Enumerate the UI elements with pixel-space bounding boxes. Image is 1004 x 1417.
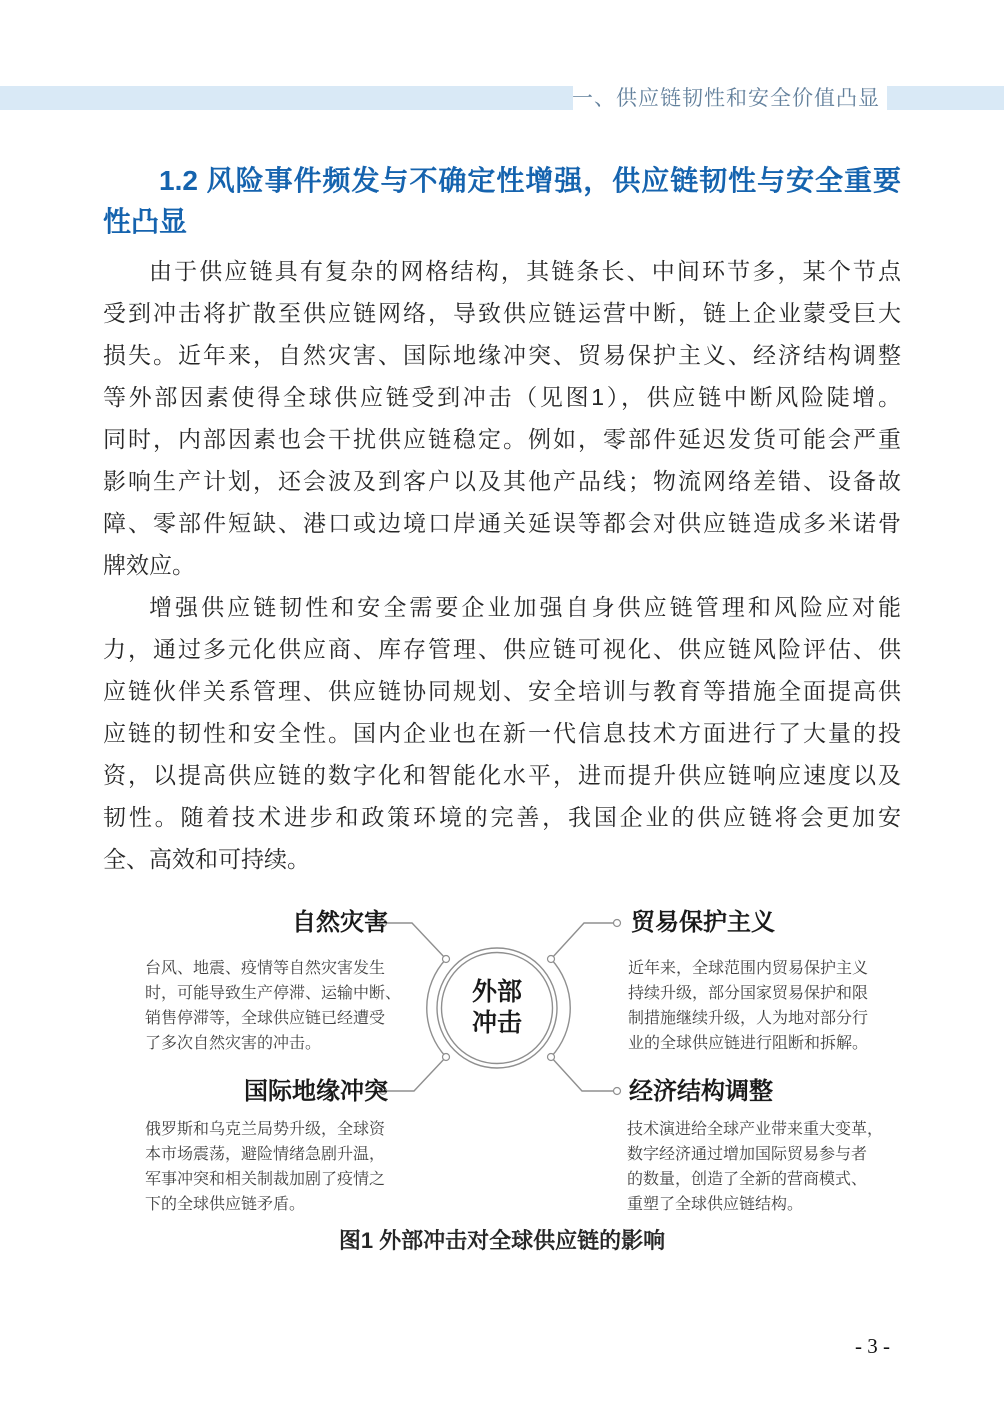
page-number: - 3 - (855, 1334, 890, 1359)
body-paragraph-2: 增强供应链韧性和安全需要企业加强自身供应链管理和风险应对能力，通过多元化供应商、… (103, 586, 901, 880)
branch-desc-economic-restructuring: 技术演进给全球产业带来重大变革，数字经济通过增加国际贸易参与者的数量，创造了全新… (627, 1117, 885, 1217)
header-bar-right (887, 86, 1004, 110)
branch-title-natural-disaster: 自然灾害 (145, 909, 388, 937)
figure-diagram: 外部 冲击 自然灾害 台风、地震、疫情等自然灾害发生时，可能导致生产停滞、运输中… (0, 885, 1004, 1230)
branch-desc-natural-disaster: 台风、地震、疫情等自然灾害发生时，可能导致生产停滞、运输中断、销售停滞等，全球供… (145, 956, 409, 1056)
body-paragraph-1: 由于供应链具有复杂的网格结构，其链条长、中间环节多，某个节点受到冲击将扩散至供应… (103, 250, 901, 586)
running-header-title: 一、供应链韧性和安全价值凸显 (572, 86, 880, 110)
branch-title-economic-restructuring: 经济结构调整 (629, 1078, 773, 1106)
center-node-line2: 冲击 (427, 1008, 567, 1039)
figure-caption: 图1 外部冲击对全球供应链的影响 (0, 1224, 1004, 1255)
section-heading: 1.2 风险事件频发与不确定性增强，供应链韧性与安全重要性凸显 (103, 160, 901, 242)
branch-desc-geopolitical-conflict: 俄罗斯和乌克兰局势升级，全球资本市场震荡，避险情绪急剧升温，军事冲突和相关制裁加… (145, 1117, 409, 1217)
branch-desc-trade-protectionism: 近年来，全球范围内贸易保护主义持续升级，部分国家贸易保护和限制措施继续升级，人为… (628, 956, 880, 1056)
center-node-label: 外部 冲击 (427, 977, 567, 1039)
branch-title-trade-protectionism: 贸易保护主义 (631, 909, 775, 937)
branch-title-geopolitical-conflict: 国际地缘冲突 (145, 1078, 388, 1106)
center-node-line1: 外部 (427, 977, 567, 1008)
header-bar-left (0, 86, 573, 110)
body-text: 由于供应链具有复杂的网格结构，其链条长、中间环节多，某个节点受到冲击将扩散至供应… (103, 250, 901, 880)
document-page: 一、供应链韧性和安全价值凸显 1.2 风险事件频发与不确定性增强，供应链韧性与安… (0, 0, 1004, 1417)
